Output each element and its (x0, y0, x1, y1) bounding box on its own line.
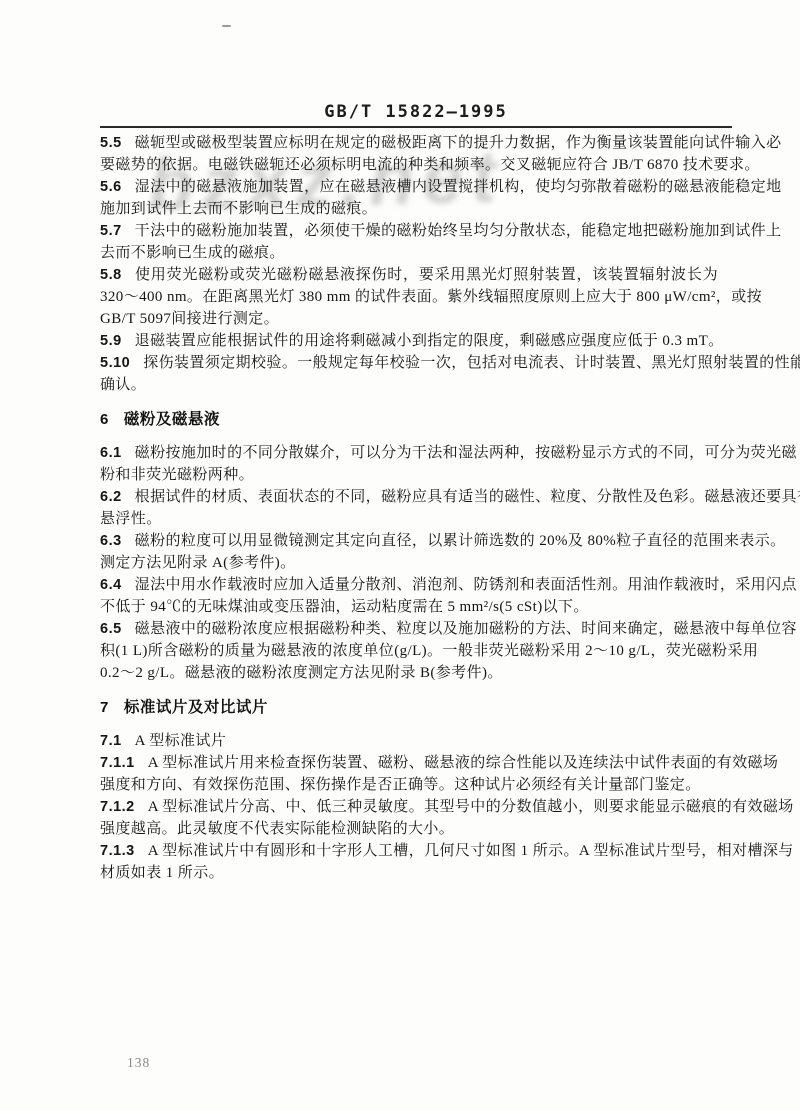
text-line: 材质如表 1 所示。 (100, 862, 718, 884)
clause-number: 6.4 (100, 577, 122, 593)
text-line: 测定方法见附录 A(参考件)。 (100, 552, 718, 574)
clause-7-1-3: 7.1.3A 型标准试片中有圆形和十字形人工槽，几何尺寸如图 1 所示。A 型标… (100, 840, 718, 884)
clause-number: 7.1.3 (100, 843, 135, 859)
clause-5-9: 5.9退磁装置应能根据试件的用途将剩磁减小到指定的限度，剩磁感应强度应低于 0.… (100, 330, 718, 352)
section-title: 标准试片及对比试片 (124, 699, 268, 716)
text-line: 6.4湿法中用水作载液时应加入适量分散剂、消泡剂、防锈剂和表面活性剂。用油作载液… (100, 574, 718, 596)
text-line: 5.6湿法中的磁悬液施加装置，应在磁悬液槽内设置搅拌机构，使均匀弥散着磁粉的磁悬… (100, 176, 718, 198)
clause-number: 5.8 (100, 267, 122, 283)
text-line: 悬浮性。 (100, 508, 718, 530)
text-line: 5.10探伤装置须定期校验。一般规定每年校验一次，包括对电流表、计时装置、黑光灯… (100, 352, 718, 374)
clause-text: A 型标准试片分高、中、低三种灵敏度。其型号中的分数值越小，则要求能显示磁痕的有… (148, 799, 794, 815)
page-number: 138 (127, 1055, 150, 1071)
clause-number: 7.1.1 (100, 755, 135, 771)
clause-text: 磁悬液中的磁粉浓度应根据磁粉种类、粒度以及施加磁粉的方法、时间来确定，磁悬液中每… (135, 621, 797, 637)
text-line: 0.2～2 g/L。磁悬液的磁粉浓度测定方法见附录 B(参考件)。 (100, 662, 718, 684)
clause-text: 干法中的磁粉施加装置，必须使干燥的磁粉始终呈均匀分散状态，能稳定地把磁粉施加到试… (135, 223, 782, 239)
clause-number: 6.1 (100, 445, 122, 461)
text-line: 确认。 (100, 374, 718, 396)
clause-5-10: 5.10探伤装置须定期校验。一般规定每年校验一次，包括对电流表、计时装置、黑光灯… (100, 352, 718, 396)
clause-6-3: 6.3磁粉的粒度可以用显微镜测定其定向直径，以累计筛选数的 20%及 80%粒子… (100, 530, 718, 574)
text-line: 积(1 L)所含磁粉的质量为磁悬液的浓度单位(g/L)。一般非荧光磁粉采用 2～… (100, 640, 718, 662)
clause-6-4: 6.4湿法中用水作载液时应加入适量分散剂、消泡剂、防锈剂和表面活性剂。用油作载液… (100, 574, 718, 618)
text-line: 5.5磁轭型或磁极型装置应标明在规定的磁极距离下的提升力数据，作为衡量该装置能向… (100, 132, 718, 154)
clause-text: A 型标准试片中有圆形和十字形人工槽，几何尺寸如图 1 所示。A 型标准试片型号… (148, 843, 794, 859)
text-line: 7.1.2A 型标准试片分高、中、低三种灵敏度。其型号中的分数值越小，则要求能显… (100, 796, 718, 818)
text-line: 6.2根据试件的材质、表面状态的不同，磁粉应具有适当的磁性、粒度、分散性及色彩。… (100, 486, 718, 508)
clause-6-2: 6.2根据试件的材质、表面状态的不同，磁粉应具有适当的磁性、粒度、分散性及色彩。… (100, 486, 718, 530)
clause-number: 6.5 (100, 621, 122, 637)
text-line: 粉和非荧光磁粉两种。 (100, 464, 718, 486)
section-6-heading: 6磁粉及磁悬液 (100, 409, 718, 431)
doc-number: GB/T 15822—1995 (16, 102, 800, 122)
clause-text: A 型标准试片用来检查探伤装置、磁粉、磁悬液的综合性能以及连续法中试件表面的有效… (148, 755, 779, 771)
text-line: 要磁势的依据。电磁铁磁轭还必须标明电流的种类和频率。交叉磁轭应符合 JB/T 6… (100, 154, 718, 176)
text-line: 施加到试件上去而不影响已生成的磁痕。 (100, 198, 718, 220)
clause-text: 湿法中的磁悬液施加装置，应在磁悬液槽内设置搅拌机构，使均匀弥散着磁粉的磁悬液能稳… (135, 179, 782, 195)
clause-number: 5.10 (100, 355, 130, 371)
section-title: 磁粉及磁悬液 (124, 411, 220, 428)
text-line: 强度和方向、有效探伤范围、探伤操作是否正确等。这种试片必须经有关计量部门鉴定。 (100, 774, 718, 796)
clause-5-7: 5.7干法中的磁粉施加装置，必须使干燥的磁粉始终呈均匀分散状态，能稳定地把磁粉施… (100, 220, 718, 264)
section-7-heading: 7标准试片及对比试片 (100, 697, 718, 719)
clause-number: 5.5 (100, 135, 122, 151)
clause-number: 5.9 (100, 333, 122, 349)
text-line: 5.7干法中的磁粉施加装置，必须使干燥的磁粉始终呈均匀分散状态，能稳定地把磁粉施… (100, 220, 718, 242)
document-body: 5.5磁轭型或磁极型装置应标明在规定的磁极距离下的提升力数据，作为衡量该装置能向… (100, 132, 718, 884)
clause-6-1: 6.1磁粉按施加时的不同分散媒介，可以分为干法和湿法两种，按磁粉显示方式的不同，… (100, 442, 718, 486)
text-line: 去而不影响已生成的磁痕。 (100, 242, 718, 264)
clause-number: 6.3 (100, 533, 122, 549)
clause-text: 退磁装置应能根据试件的用途将剩磁减小到指定的限度，剩磁感应强度应低于 0.3 m… (135, 333, 724, 349)
text-line: 5.8使用荧光磁粉或荧光磁粉磁悬液探伤时，要采用黑光灯照射装置，该装置辐射波长为 (100, 264, 718, 286)
header-rule (100, 126, 732, 128)
clause-text: 根据试件的材质、表面状态的不同，磁粉应具有适当的磁性、粒度、分散性及色彩。磁悬液… (135, 489, 800, 505)
text-line: 7.1.1A 型标准试片用来检查探伤装置、磁粉、磁悬液的综合性能以及连续法中试件… (100, 752, 718, 774)
clause-text: 磁轭型或磁极型装置应标明在规定的磁极距离下的提升力数据，作为衡量该装置能向试件输… (135, 135, 782, 151)
clause-text: 探伤装置须定期校验。一般规定每年校验一次，包括对电流表、计时装置、黑光灯照射装置… (143, 355, 800, 371)
text-line: 不低于 94℃的无味煤油或变压器油，运动粘度需在 5 mm²/s(5 cSt)以… (100, 596, 718, 618)
text-line: 强度越高。此灵敏度不代表实际能检测缺陷的大小。 (100, 818, 718, 840)
text-line: 320～400 nm。在距离黑光灯 380 mm 的试件表面。紫外线辐照度原则上… (100, 286, 718, 308)
subsection-7-1-heading: 7.1A 型标准试片 (100, 730, 718, 752)
clause-text: 使用荧光磁粉或荧光磁粉磁悬液探伤时，要采用黑光灯照射装置，该装置辐射波长为 (135, 267, 718, 283)
document-page: GB/T 15822—1995 bzxz.net 5.5磁轭型或磁极型装置应标明… (0, 0, 800, 1110)
text-line: 6.3磁粉的粒度可以用显微镜测定其定向直径，以累计筛选数的 20%及 80%粒子… (100, 530, 718, 552)
clause-number: 7.1.2 (100, 799, 135, 815)
clause-text: 磁粉的粒度可以用显微镜测定其定向直径，以累计筛选数的 20%及 80%粒子直径的… (135, 533, 786, 549)
text-line: 5.9退磁装置应能根据试件的用途将剩磁减小到指定的限度，剩磁感应强度应低于 0.… (100, 330, 718, 352)
text-line: 6.1磁粉按施加时的不同分散媒介，可以分为干法和湿法两种，按磁粉显示方式的不同，… (100, 442, 718, 464)
section-number: 7 (100, 699, 109, 716)
clause-5-5: 5.5磁轭型或磁极型装置应标明在规定的磁极距离下的提升力数据，作为衡量该装置能向… (100, 132, 718, 176)
clause-number: 6.2 (100, 489, 122, 505)
clause-number: 7.1 (100, 733, 122, 749)
clause-5-8: 5.8使用荧光磁粉或荧光磁粉磁悬液探伤时，要采用黑光灯照射装置，该装置辐射波长为… (100, 264, 718, 330)
text-line: GB/T 5097间接进行测定。 (100, 308, 718, 330)
clause-7-1-1: 7.1.1A 型标准试片用来检查探伤装置、磁粉、磁悬液的综合性能以及连续法中试件… (100, 752, 718, 796)
clause-7-1-2: 7.1.2A 型标准试片分高、中、低三种灵敏度。其型号中的分数值越小，则要求能显… (100, 796, 718, 840)
clause-number: 5.6 (100, 179, 122, 195)
clause-text: A 型标准试片 (135, 733, 227, 749)
clause-text: 湿法中用水作载液时应加入适量分散剂、消泡剂、防锈剂和表面活性剂。用油作载液时，采… (135, 577, 797, 593)
clause-number: 5.7 (100, 223, 122, 239)
clause-text: 磁粉按施加时的不同分散媒介，可以分为干法和湿法两种，按磁粉显示方式的不同，可分为… (135, 445, 797, 461)
scan-artifact (222, 25, 231, 27)
clause-6-5: 6.5磁悬液中的磁粉浓度应根据磁粉种类、粒度以及施加磁粉的方法、时间来确定，磁悬… (100, 618, 718, 684)
clause-5-6: 5.6湿法中的磁悬液施加装置，应在磁悬液槽内设置搅拌机构，使均匀弥散着磁粉的磁悬… (100, 176, 718, 220)
text-line: 6.5磁悬液中的磁粉浓度应根据磁粉种类、粒度以及施加磁粉的方法、时间来确定，磁悬… (100, 618, 718, 640)
text-line: 7.1.3A 型标准试片中有圆形和十字形人工槽，几何尺寸如图 1 所示。A 型标… (100, 840, 718, 862)
section-number: 6 (100, 411, 109, 428)
